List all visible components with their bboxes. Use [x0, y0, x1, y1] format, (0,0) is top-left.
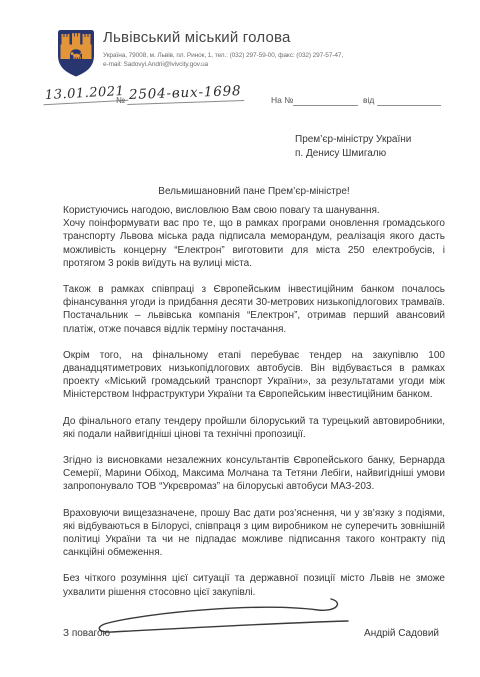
organization-address: Україна, 79008, м. Львів, пл. Ринок, 1, … — [103, 51, 343, 69]
reply-date-blank — [377, 105, 441, 106]
valediction: З повагою — [63, 628, 110, 639]
body-paragraph: Окрім того, на фінальному етапі перебува… — [63, 349, 445, 402]
salutation: Вельмишановний пане Прем’єр-міністре! — [63, 186, 445, 197]
organization-address-line-2: e-mail: Sadovyi.Andrii@lvivcity.gov.ua — [103, 60, 343, 69]
addressee-line-2: п. Денису Шмигалю — [295, 147, 411, 161]
handwritten-signature-icon — [90, 596, 355, 638]
reply-number-label: На № — [271, 95, 293, 105]
handwritten-outgoing-number: 2504-вих-1698 — [127, 83, 245, 105]
organization-address-line-1: Україна, 79008, м. Львів, пл. Ринок, 1, … — [103, 51, 343, 60]
body-paragraph: Враховуючи вищезазначене, прошу Вас дати… — [63, 507, 445, 560]
body-paragraph: Згідно із висновками незалежних консульт… — [63, 454, 445, 494]
reply-number-blank — [293, 105, 358, 106]
coat-of-arms-icon — [56, 28, 96, 78]
scanned-letter-page: Львівський міський голова Україна, 79008… — [0, 0, 480, 677]
letter-body: Користуючись нагодою, висловлюю Вам свою… — [63, 204, 445, 612]
body-paragraph: Користуючись нагодою, висловлюю Вам свою… — [63, 204, 445, 217]
addressee-block: Прем’єр-міністру України п. Денису Шмига… — [295, 133, 411, 160]
body-paragraph: Без чіткого розуміння цієї ситуації та д… — [63, 572, 445, 598]
body-paragraph: До фінального етапу тендеру пройшли біло… — [63, 415, 445, 441]
body-paragraph: Також в рамках співпраці з Європейським … — [63, 283, 445, 336]
reply-date-label: від — [363, 95, 374, 105]
signer-name: Андрій Садовий — [364, 628, 439, 639]
body-paragraph: Хочу поінформувати вас про те, що в рамк… — [63, 217, 445, 270]
organization-title: Львівський міський голова — [103, 29, 291, 46]
addressee-line-1: Прем’єр-міністру України — [295, 133, 411, 147]
number-sign: № — [116, 95, 125, 105]
